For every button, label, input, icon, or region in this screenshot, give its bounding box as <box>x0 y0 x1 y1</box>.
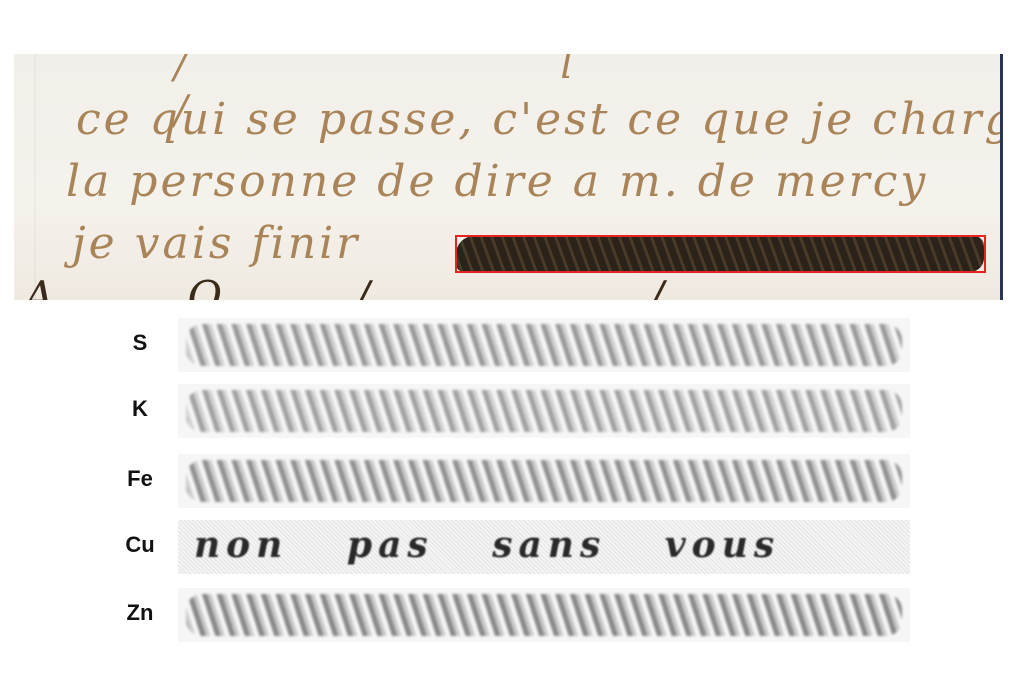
element-label: Zn <box>120 600 160 626</box>
highlight-box <box>455 235 986 273</box>
element-map-zn <box>178 588 910 642</box>
element-map-s <box>178 318 910 372</box>
ink-pattern <box>186 324 902 366</box>
revealed-text: non pas sans vous <box>194 524 780 566</box>
element-label: Fe <box>120 466 160 492</box>
xrf-row-s: S <box>120 318 920 376</box>
xrf-row-zn: Zn <box>120 588 920 646</box>
element-label: S <box>120 330 160 356</box>
element-map-fe <box>178 454 910 508</box>
descender-strokes: A O / . / . <box>24 272 871 300</box>
xrf-row-k: K <box>120 384 920 442</box>
ink-pattern <box>186 460 902 502</box>
ink-pattern <box>186 594 902 636</box>
ink-pattern <box>186 390 902 432</box>
manuscript-photo: / l / ce qui se passe, c'est ce que je c… <box>14 54 1003 300</box>
element-label: Cu <box>120 532 160 558</box>
handwritten-line-1: ce qui se passe, c'est ce que je charge <box>76 94 1003 145</box>
paper-fold <box>34 54 36 300</box>
xrf-row-cu: Cu non pas sans vous <box>120 520 920 578</box>
xrf-element-maps: S K Fe Cu non pas sans vous Zn <box>120 318 920 648</box>
element-map-cu: non pas sans vous <box>178 520 910 574</box>
element-map-k <box>178 384 910 438</box>
element-label: K <box>120 396 160 422</box>
handwritten-line-3: je vais finir <box>72 218 360 269</box>
handwritten-line-2: la personne de dire a m. de mercy <box>66 156 928 207</box>
xrf-row-fe: Fe <box>120 454 920 512</box>
page-edge <box>1000 54 1003 300</box>
